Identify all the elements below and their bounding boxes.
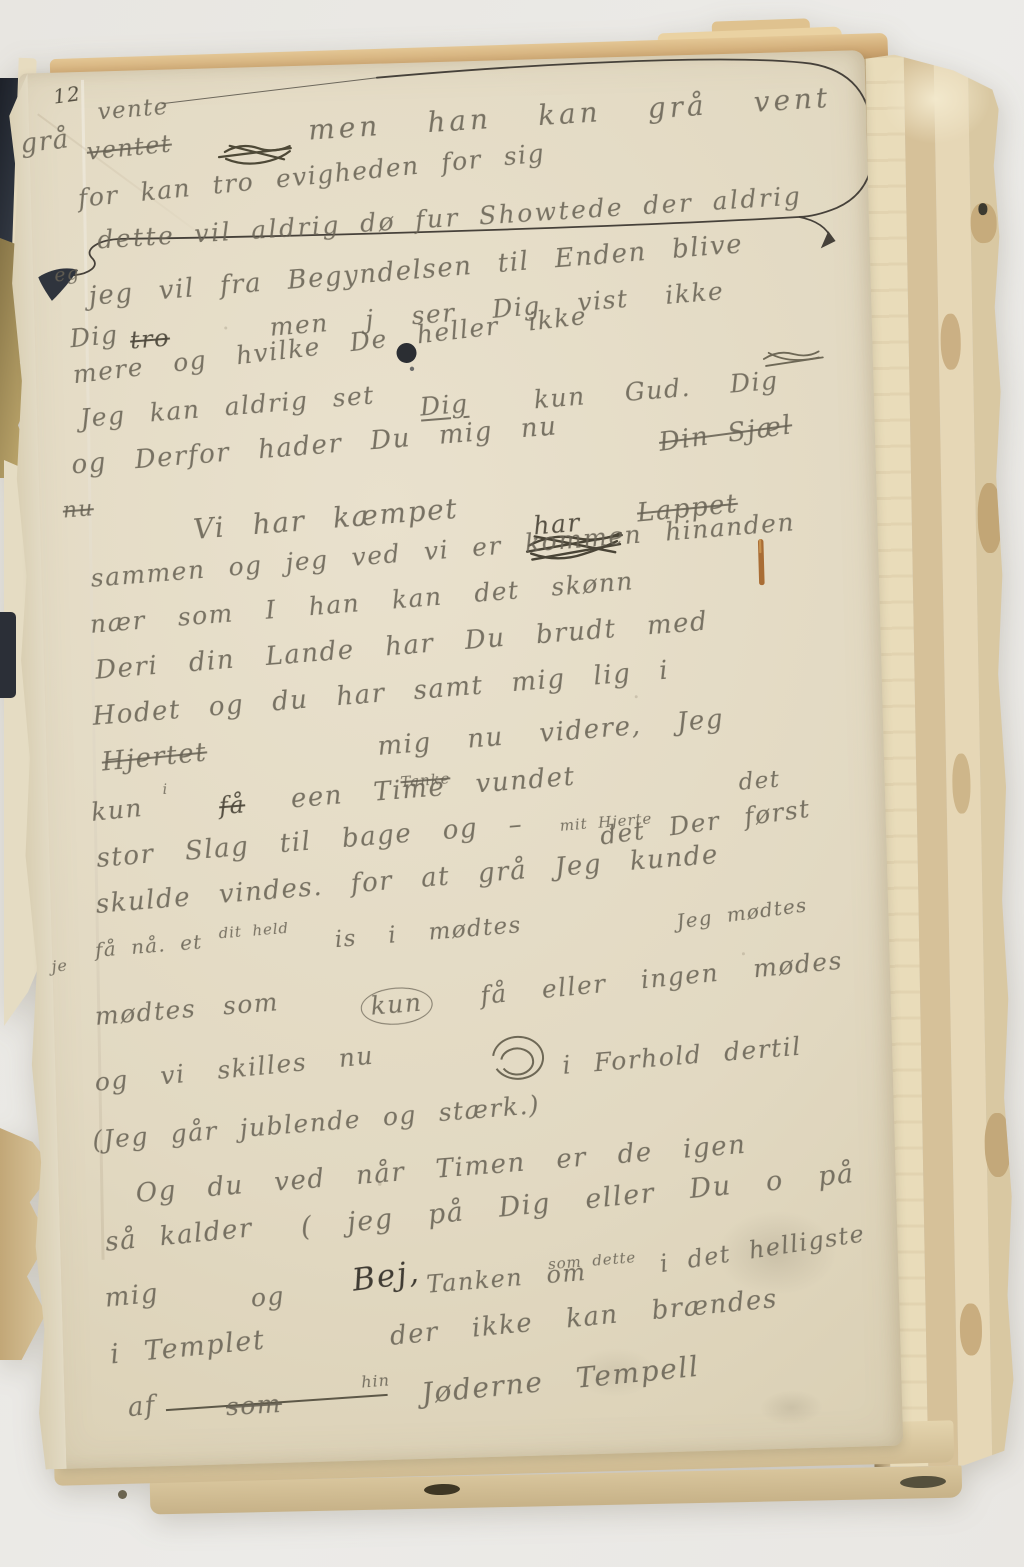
- worn-patch: [940, 314, 961, 370]
- worn-patch: [952, 753, 971, 813]
- page-number: 12: [52, 81, 83, 108]
- rust-stain: [758, 539, 765, 585]
- stack-highlight: [880, 53, 992, 145]
- handwriting-line: i: [162, 782, 168, 798]
- handwriting-line: je: [51, 956, 69, 977]
- handwriting-line: det: [738, 767, 782, 796]
- worn-patch: [959, 1303, 982, 1355]
- worn-patch: [977, 483, 1002, 553]
- handwriting-line: få: [218, 790, 246, 820]
- photo-backdrop: 12 ventegråventetmen han kan grå ventfor…: [0, 0, 1024, 1567]
- handwriting-line: mig: [103, 1279, 160, 1314]
- worn-patch: [984, 1113, 1011, 1177]
- scribble-out-1: [219, 144, 291, 164]
- bottom-stain: [118, 1490, 127, 1499]
- handwriting-line: kun: [90, 793, 144, 827]
- handwriting-line: grå: [19, 124, 71, 159]
- notebook: 12 ventegråventetmen han kan grå ventfor…: [0, 0, 1024, 1567]
- handwriting-line: nu: [62, 496, 95, 523]
- scribble-out-3: [764, 351, 823, 366]
- manuscript-page: 12 ventegråventetmen han kan grå ventfor…: [19, 50, 904, 1469]
- handwriting-line: Dig: [69, 320, 120, 354]
- circle-doodle: [493, 1036, 544, 1079]
- binding-dark-fragment-2: [0, 612, 16, 698]
- ink-loop-entry-line: [161, 78, 377, 104]
- rust-stain-highlight: [759, 539, 762, 553]
- handwriting-line: Dig: [419, 389, 470, 422]
- handwriting-line: og: [250, 1281, 286, 1313]
- handwriting-line: af: [126, 1390, 157, 1423]
- handwriting-line: som: [225, 1389, 283, 1421]
- dark-speck: [978, 203, 987, 215]
- ink-arrowhead: [820, 231, 835, 248]
- handwriting-line: hin: [360, 1370, 390, 1391]
- handwriting-line: eg: [53, 261, 81, 286]
- ink-speck: [410, 367, 415, 372]
